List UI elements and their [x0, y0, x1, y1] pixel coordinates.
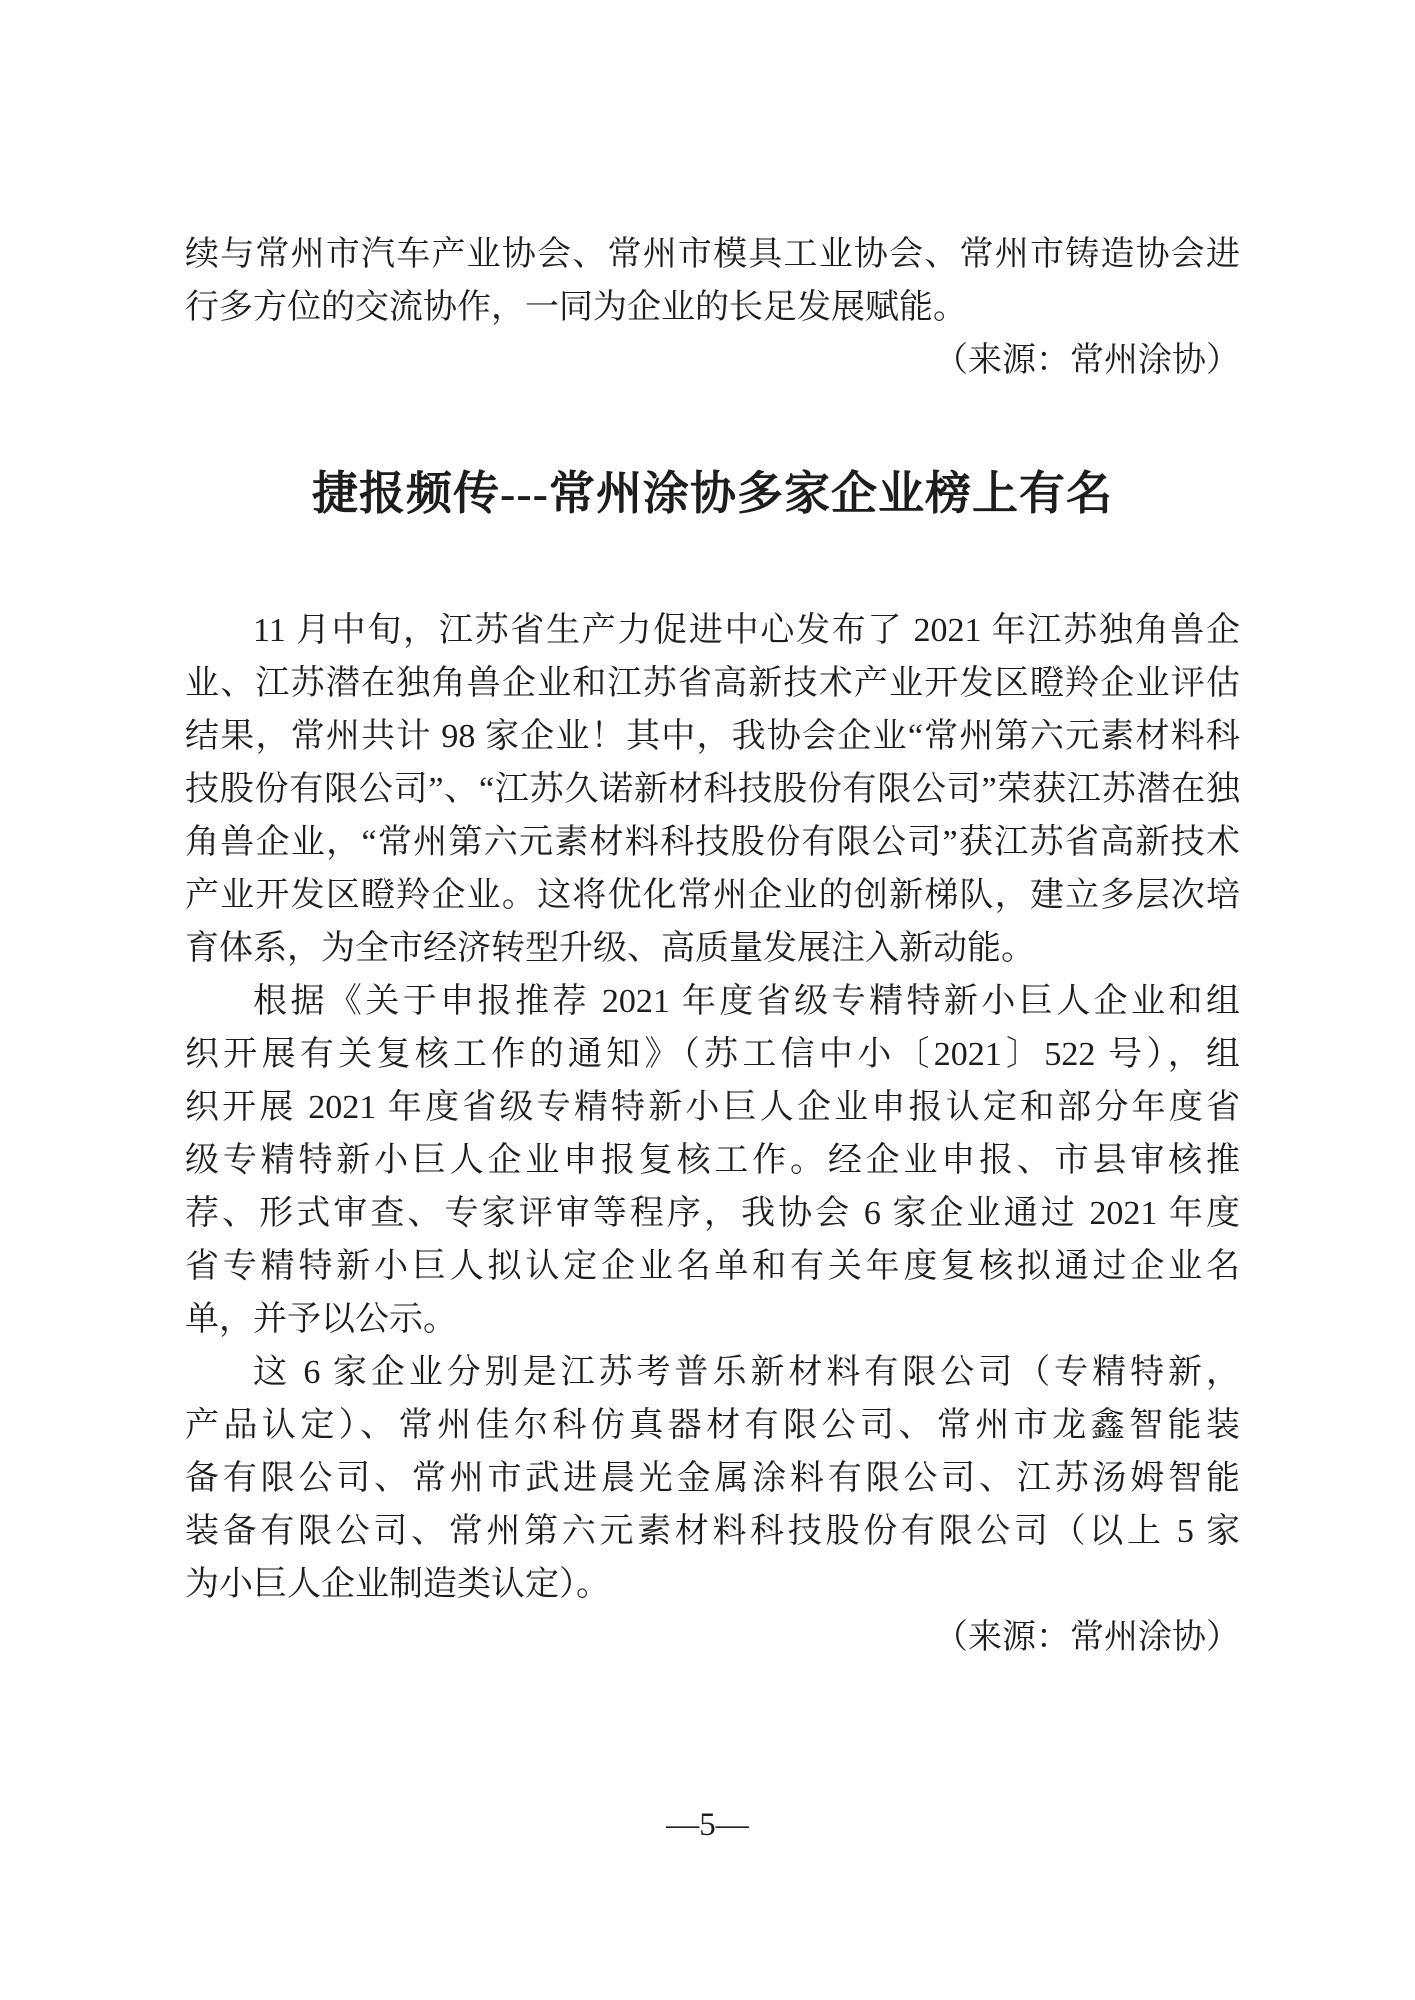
- text-line: 产品认定）、常州佳尔科仿真器材有限公司、常州市龙鑫智能装: [185, 1399, 1240, 1452]
- document-page: { "document": { "continuation_paragraph"…: [0, 0, 1415, 2000]
- body-paragraph-3: 这 6 家企业分别是江苏考普乐新材料有限公司（专精特新，产品认定）、常州佳尔科仿…: [185, 1346, 1240, 1611]
- text-line: 育体系，为全市经济转型升级、高质量发展注入新动能。: [185, 922, 1240, 975]
- text-line: 荐、形式审查、专家评审等程序，我协会 6 家企业通过 2021 年度: [185, 1187, 1240, 1240]
- text-line: 行多方位的交流协作，一同为企业的长足发展赋能。: [185, 281, 1240, 334]
- text-line: 织开展 2021 年度省级专精特新小巨人企业申报认定和部分年度省: [185, 1081, 1240, 1134]
- body-paragraph-1: 11 月中旬，江苏省生产力促进中心发布了 2021 年江苏独角兽企业、江苏潜在独…: [185, 604, 1240, 975]
- text-line: 业、江苏潜在独角兽企业和江苏省高新技术产业开发区瞪羚企业评估: [185, 657, 1240, 710]
- page-number: —5—: [0, 1800, 1415, 1850]
- text-line: 角兽企业，“常州第六元素材料科技股份有限公司”获江苏省高新技术: [185, 816, 1240, 869]
- text-line: 这 6 家企业分别是江苏考普乐新材料有限公司（专精特新，: [185, 1346, 1240, 1399]
- article-title: 捷报频传---常州涂协多家企业榜上有名: [185, 462, 1240, 526]
- text-line: 装备有限公司、常州第六元素材料科技股份有限公司（以上 5 家: [185, 1505, 1240, 1558]
- text-line: 产业开发区瞪羚企业。这将优化常州企业的创新梯队，建立多层次培: [185, 869, 1240, 922]
- text-line: 续与常州市汽车产业协会、常州市模具工业协会、常州市铸造协会进: [185, 228, 1240, 281]
- text-line: 织开展有关复核工作的通知》（苏工信中小〔2021〕522 号），组: [185, 1028, 1240, 1081]
- text-column: 续与常州市汽车产业协会、常州市模具工业协会、常州市铸造协会进行多方位的交流协作，…: [185, 228, 1240, 1664]
- source-attribution-top: （来源：常州涂协）: [185, 334, 1240, 387]
- text-line: 根据《关于申报推荐 2021 年度省级专精特新小巨人企业和组: [185, 975, 1240, 1028]
- text-line: 11 月中旬，江苏省生产力促进中心发布了 2021 年江苏独角兽企: [185, 604, 1240, 657]
- text-line: 省专精特新小巨人拟认定企业名单和有关年度复核拟通过企业名: [185, 1240, 1240, 1293]
- text-line: 备有限公司、常州市武进晨光金属涂料有限公司、江苏汤姆智能: [185, 1452, 1240, 1505]
- text-line: 技股份有限公司”、“江苏久诺新材科技股份有限公司”荣获江苏潜在独: [185, 763, 1240, 816]
- text-line: 结果，常州共计 98 家企业！其中，我协会企业“常州第六元素材料科: [185, 710, 1240, 763]
- text-line: 单，并予以公示。: [185, 1293, 1240, 1346]
- body-paragraph-2: 根据《关于申报推荐 2021 年度省级专精特新小巨人企业和组织开展有关复核工作的…: [185, 975, 1240, 1346]
- article-body: 11 月中旬，江苏省生产力促进中心发布了 2021 年江苏独角兽企业、江苏潜在独…: [185, 604, 1240, 1664]
- text-line: 为小巨人企业制造类认定）。: [185, 1558, 1240, 1611]
- source-attribution-bottom: （来源：常州涂协）: [185, 1611, 1240, 1664]
- text-line: 级专精特新小巨人企业申报复核工作。经企业申报、市县审核推: [185, 1134, 1240, 1187]
- continuation-paragraph: 续与常州市汽车产业协会、常州市模具工业协会、常州市铸造协会进行多方位的交流协作，…: [185, 228, 1240, 334]
